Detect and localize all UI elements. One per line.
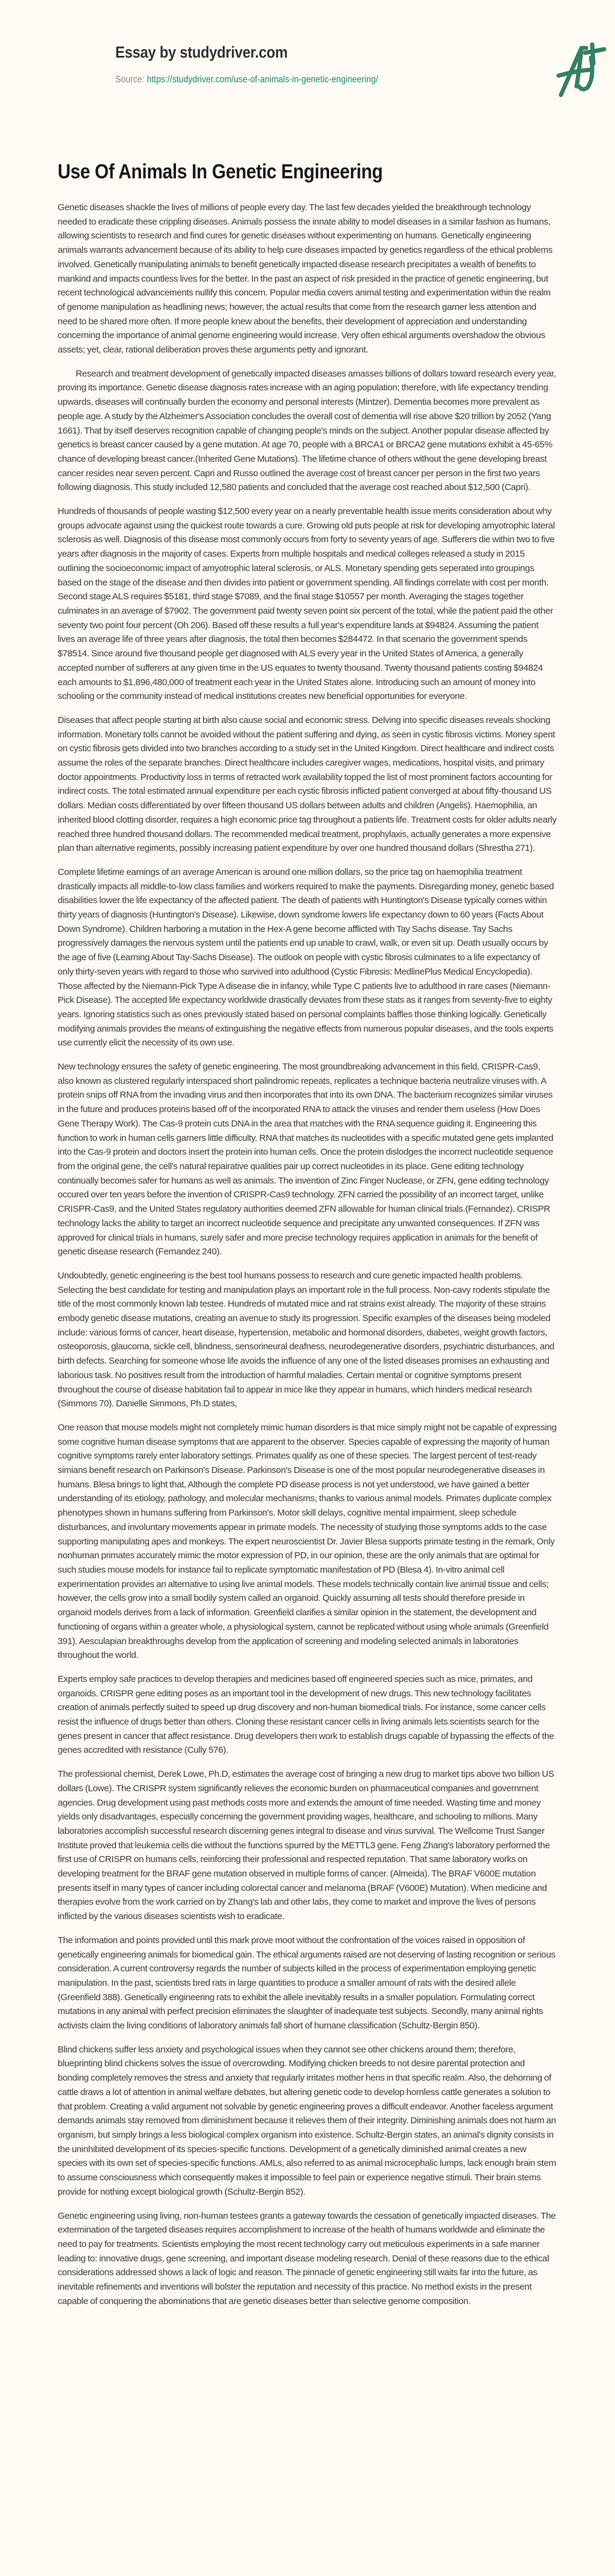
paragraph: Blind chickens suffer less anxiety and p… <box>58 2043 557 2200</box>
source-label: Source: <box>115 74 147 85</box>
essay-page: Essay by studydriver.com Source: https:/… <box>0 0 615 2308</box>
paragraph: Undoubtedly, genetic engineering is the … <box>58 1269 557 1411</box>
document-title: Use Of Animals In Genetic Engineering <box>58 126 497 187</box>
a-plus-grade-icon <box>553 40 615 100</box>
paragraph: Hundreds of thousands of people wasting … <box>58 504 557 704</box>
paragraph: The professional chemist, Derek Lowe, Ph… <box>58 1767 557 1924</box>
paragraph: Diseases that affect people starting at … <box>58 713 557 856</box>
paragraph: Complete lifetime earnings of an average… <box>58 865 557 1050</box>
paragraph: Research and treatment development of ge… <box>58 367 557 495</box>
source-line: Source: https://studydriver.com/use-of-a… <box>115 74 378 85</box>
essay-body: Genetic diseases shackle the lives of mi… <box>58 201 557 2308</box>
page-header: Essay by studydriver.com Source: https:/… <box>58 0 557 126</box>
brand-title: Essay by studydriver.com <box>115 43 288 62</box>
source-link[interactable]: https://studydriver.com/use-of-animals-i… <box>147 74 378 85</box>
paragraph: Genetic engineering using living, non-hu… <box>58 2209 557 2309</box>
paragraph: New technology ensures the safety of gen… <box>58 1060 557 1259</box>
paragraph: Experts employ safe practices to develop… <box>58 1672 557 1758</box>
paragraph: One reason that mouse models might not c… <box>58 1421 557 1663</box>
paragraph: The information and points provided unti… <box>58 1934 557 2033</box>
paragraph: Genetic diseases shackle the lives of mi… <box>58 201 557 357</box>
